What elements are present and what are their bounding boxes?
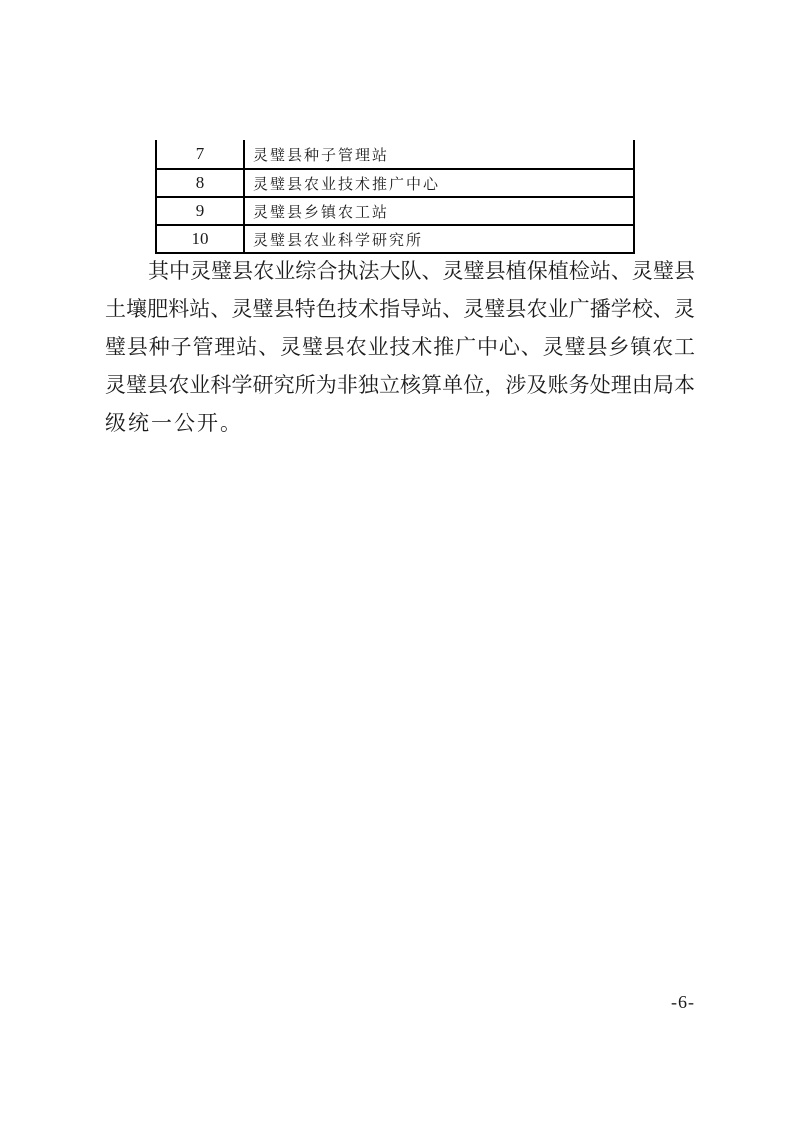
- paragraph-line: 其中灵璧县农业综合执法大队、灵璧县植保植检站、灵璧县: [105, 252, 695, 290]
- unit-name-cell: 灵璧县种子管理站: [245, 140, 633, 168]
- paragraph-line: 土壤肥料站、灵璧县特色技术指导站、灵璧县农业广播学校、灵: [105, 290, 695, 328]
- table-row: 10 灵璧县农业科学研究所: [157, 224, 633, 252]
- row-number-cell: 9: [157, 198, 245, 224]
- table-row: 9 灵璧县乡镇农工站: [157, 196, 633, 224]
- unit-name-cell: 灵璧县农业科学研究所: [245, 226, 633, 252]
- unit-name-cell: 灵璧县乡镇农工站: [245, 198, 633, 224]
- unit-name-cell: 灵璧县农业技术推广中心: [245, 170, 633, 196]
- paragraph-line: 级统一公开。: [105, 404, 695, 442]
- row-number-cell: 7: [157, 140, 245, 168]
- paragraph-line: 璧县种子管理站、灵璧县农业技术推广中心、灵璧县乡镇农工站、: [105, 328, 695, 366]
- row-number-cell: 10: [157, 226, 245, 252]
- table-row: 7 灵璧县种子管理站: [157, 140, 633, 168]
- table-row: 8 灵璧县农业技术推广中心: [157, 168, 633, 196]
- body-paragraph: 其中灵璧县农业综合执法大队、灵璧县植保植检站、灵璧县 土壤肥料站、灵璧县特色技术…: [105, 252, 695, 442]
- paragraph-line: 灵璧县农业科学研究所为非独立核算单位，涉及账务处理由局本: [105, 366, 695, 404]
- page-number: -6-: [671, 992, 695, 1013]
- unit-list-table: 7 灵璧县种子管理站 8 灵璧县农业技术推广中心 9 灵璧县乡镇农工站 10 灵…: [155, 140, 635, 254]
- row-number-cell: 8: [157, 170, 245, 196]
- document-page: 7 灵璧县种子管理站 8 灵璧县农业技术推广中心 9 灵璧县乡镇农工站 10 灵…: [0, 0, 793, 1122]
